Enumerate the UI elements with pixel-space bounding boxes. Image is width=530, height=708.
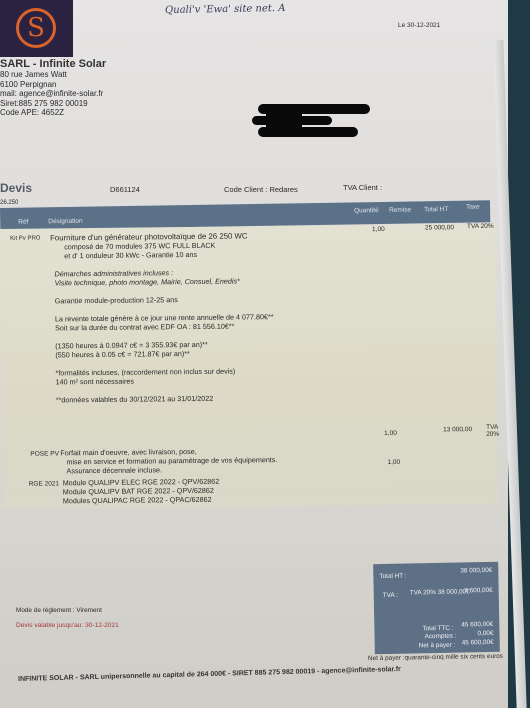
company-email: mail: agence@infinite-solar.fr <box>0 89 106 99</box>
sun-s-icon: S <box>16 8 56 48</box>
row-designation: Module QUALIPV ELEC RGE 2022 - QPV/62862… <box>63 477 220 506</box>
col-tax: Taxe <box>466 203 480 210</box>
tva-detail: TVA 20% 38 000,00€ <box>410 588 470 596</box>
payment-mode: Mode de règlement : Virement <box>16 607 102 614</box>
row-quantity: 1,00 <box>384 430 397 437</box>
net-value: 45 600,00€ <box>462 639 494 647</box>
row-designation: Forfait main d'oeuvre, avec livraison, p… <box>60 446 277 475</box>
company-ape: Code APE: 4652Z <box>0 108 106 118</box>
quote-date: Le 30-12-2021 <box>398 22 440 29</box>
company-name: SARL - Infinite Solar <box>0 58 106 70</box>
row-tax: TVA 20% <box>486 424 499 438</box>
row-tax: TVA 20% <box>467 223 494 230</box>
page-title: Devis <box>0 181 32 195</box>
handwritten-note: Quali'v 'Ewa' site net. A <box>165 3 286 16</box>
col-ref: Réf <box>18 219 28 226</box>
company-address: 80 rue James Watt <box>0 70 106 80</box>
quote-validity: Devis valable jusqu'au: 30-12-2021 <box>16 622 119 629</box>
client-code: Code Client : Redares <box>224 185 298 194</box>
row-quantity: 1,00 <box>387 459 400 466</box>
company-logo: S <box>0 0 73 57</box>
deposit-value: 0,00€ <box>477 630 493 637</box>
col-discount: Remise <box>389 207 411 214</box>
col-designation: Désignation <box>48 218 82 226</box>
total-ttc-label: Total TTC : <box>422 625 453 633</box>
totals-box: Total HT : 38 000,00€ TVA : TVA 20% 38 0… <box>373 562 500 654</box>
total-ht-label: Total HT : <box>379 573 406 581</box>
col-total-ht: Total HT <box>424 206 448 213</box>
quote-power: 26.250 <box>0 200 18 206</box>
company-siret: Siret:885 275 982 00019 <box>0 99 106 109</box>
row-ref: Kit Pv PRO <box>10 236 40 242</box>
row-designation: Fourniture d'un générateur photovoltaïqu… <box>50 231 274 404</box>
designation-line: **données valables du 30/12/2021 au 31/0… <box>52 393 275 404</box>
deposit-label: Acomptes : <box>424 633 456 641</box>
tva-label: TVA : <box>383 592 398 599</box>
row-ref: RGE 2021 <box>29 480 59 487</box>
row-quantity: 1,00 <box>372 226 385 233</box>
tva-value: 7 600,00€ <box>464 587 493 595</box>
redacted-client-address <box>252 102 374 146</box>
table-body: Kit Pv PRO Fourniture d'un générateur ph… <box>0 224 498 509</box>
designation-line: Assurance décennale incluse. <box>60 464 277 475</box>
col-quantity: Quantité <box>354 207 379 214</box>
quote-number: D661124 <box>110 185 140 194</box>
designation-line: Modules QUALIPAC RGE 2022 - QPAC/62862 <box>63 495 220 506</box>
total-ttc-value: 45 600,00€ <box>461 621 493 629</box>
net-label: Net à payer : <box>419 642 456 650</box>
company-city: 6100 Perpignan <box>0 80 106 90</box>
row-total-ht: 25 000,00 <box>425 224 454 231</box>
total-ht-value: 38 000,00€ <box>460 567 492 575</box>
row-total-ht: 13 000,00 <box>443 426 472 433</box>
company-info: SARL - Infinite Solar 80 rue James Watt … <box>0 58 106 118</box>
row-ref: POSE PV <box>30 450 59 457</box>
client-tva: TVA Client : <box>343 183 382 192</box>
